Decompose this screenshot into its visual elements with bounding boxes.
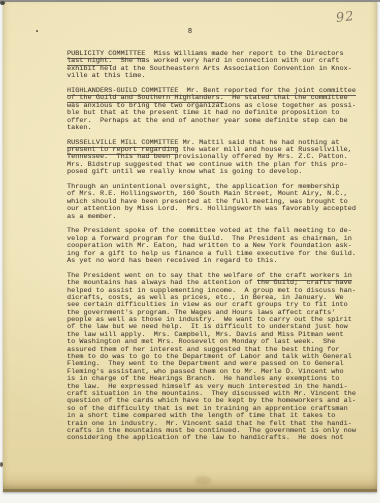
paper-stain <box>195 476 211 485</box>
page-number: 8 <box>3 28 377 36</box>
text-line: ville at this time. <box>67 73 362 80</box>
handwritten-page-number: 92 <box>335 9 355 26</box>
text-segment: posed gift until we really know what is … <box>67 168 302 176</box>
paragraph: The President went on to say that the we… <box>67 273 362 443</box>
text-line: as a member. <box>67 214 362 221</box>
text-line: As yet no word has been received in rega… <box>67 258 362 265</box>
paragraph: The President spoke of the committee vot… <box>67 228 362 265</box>
document-text: PUBLICITY COMMITTEE Miss Williams made h… <box>67 51 362 450</box>
text-segment: offer. Perhaps at the end of another yea… <box>67 117 348 125</box>
paragraph: PUBLICITY COMMITTEE Miss Williams made h… <box>67 51 362 81</box>
text-line: considering the application of the law t… <box>67 435 362 442</box>
scan-speck <box>0 1 5 5</box>
scanned-page: 8 PUBLICITY COMMITTEE Miss Williams made… <box>3 2 377 492</box>
scan-speck <box>36 30 38 32</box>
paragraph: RUSSELLVILLE MILL COMMITTEE Mr. Mattil s… <box>67 140 362 177</box>
text-line: posed gift until we really know what is … <box>67 169 362 176</box>
paragraph: Through an unintentional oversight, the … <box>67 184 362 221</box>
paragraph: HIGHLANDERS-GUILD COMMITTEE Mr. Bent rep… <box>67 88 362 132</box>
text-segment: As yet no word has been received in rega… <box>67 257 278 265</box>
scan-speck <box>0 462 3 467</box>
text-segment: as a member. <box>67 213 117 221</box>
text-segment: taken. <box>67 124 92 132</box>
text-line: taken. <box>67 125 362 132</box>
text-segment: considering the application of the law t… <box>67 434 344 442</box>
text-segment: ville at this time. <box>67 72 145 80</box>
text-line: offer. Perhaps at the end of another yea… <box>67 118 362 125</box>
scanned-document-canvas: { "colors": { "paper_color": "#ebdfb2", … <box>0 0 380 503</box>
